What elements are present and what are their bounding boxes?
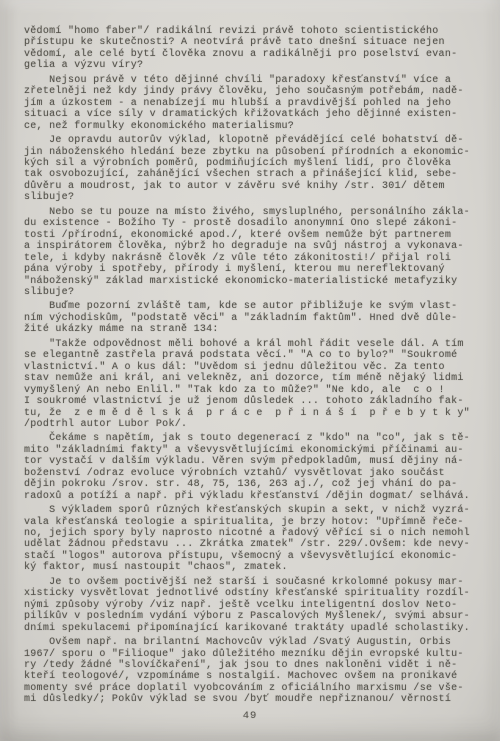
text-line: slibuje? xyxy=(24,192,480,203)
text-line: pilíkův v posledním vydání výboru z Pasc… xyxy=(24,611,480,622)
text-line: kých sil a výrobních poměrů, podmiňující… xyxy=(24,158,480,169)
paragraph: Nejsou právě v této dějinné chvíli "para… xyxy=(24,75,480,132)
text-line: 1967/ sporu o "Filioque" jako důležitého… xyxy=(24,649,480,660)
paragraph: Čekáme s napětím, jak s touto degenerací… xyxy=(24,433,480,502)
text-line: dními spekulacemi připomínající karikova… xyxy=(24,623,480,634)
text-line: ním východiskům, "podstatě věci" a "zákl… xyxy=(24,313,480,324)
text-line: slibuje? xyxy=(24,287,480,298)
text-line: ry /tedy žádné "slovíčkaření", jak jsou … xyxy=(24,660,480,671)
text-line: tu, že z e m ě d ě l s k á p r á c e p ř… xyxy=(24,408,480,419)
text-line: přístupu ke skutečnosti? A neotvírá práv… xyxy=(24,37,480,48)
text-line: mito "základními fakty" a vševysvětlujíc… xyxy=(24,445,480,456)
text-line: Je to ovšem poctivější než starší i souč… xyxy=(24,577,480,588)
text-line: kteří teologové/, vzpomínáme s nostalgií… xyxy=(24,671,480,682)
text-line: zřetelněji než kdy jindy právy člověku, … xyxy=(24,86,480,97)
text-line: tor vystačí v dalším výkladu. Věren svým… xyxy=(24,456,480,467)
text-line: nými způsoby výroby /viz např. ještě vce… xyxy=(24,600,480,611)
paragraph: S výkladem sporů různých křesťanských sk… xyxy=(24,505,480,574)
text-line: Nejsou právě v této dějinné chvíli "para… xyxy=(24,75,480,86)
page-number: 49 xyxy=(243,710,258,722)
text-line: Buďme pozorní zvláště tam, kde se autor … xyxy=(24,301,480,312)
text-line: pána výroby i spotřeby, přírody i myšlen… xyxy=(24,264,480,275)
text-line: vymyšlený An nebo Enlil." "Tak kdo za to… xyxy=(24,385,480,396)
paragraph: vědomí "homo faber"/ radikální revizi pr… xyxy=(24,26,480,72)
text-line: "Takže odpovědnost měli bohové a král mo… xyxy=(24,339,480,350)
text-line: radoxů a potíží a např. při výkladu křes… xyxy=(24,491,480,502)
text-line: vědomí, ale celé bytí člověka znovu a ra… xyxy=(24,49,480,60)
text-line: Nebo se tu pouze na místo živého, smyslu… xyxy=(24,207,480,218)
text-line: S výkladem sporů různých křesťanských sk… xyxy=(24,505,480,516)
paragraph: Buďme pozorní zvláště tam, kde se autor … xyxy=(24,301,480,335)
text-line: dějin pokroku /srov. str. 48, 75, 136, 2… xyxy=(24,479,480,490)
text-line: stačí "logos" autorova přístupu, všemocn… xyxy=(24,551,480,562)
paragraph: Je opravdu autorův výklad, klopotně přev… xyxy=(24,135,480,204)
text-line: momenty své práce doplatil vyobcováním z… xyxy=(24,683,480,694)
text-line: "náboženský" základ marxistické ekonomic… xyxy=(24,276,480,287)
text-line: tele, i kdyby nakrásně člověk /z vůle té… xyxy=(24,253,480,264)
text-line: se elegantně zastřela pravá podstata věc… xyxy=(24,350,480,361)
text-line: vědomí "homo faber"/ radikální revizi pr… xyxy=(24,26,480,37)
text-line: vlastnictví." A o kus dál: "Uvědom si je… xyxy=(24,362,480,373)
text-line: situaci a více síly v dramatických křižo… xyxy=(24,109,480,120)
text-line: udělat žádnou představu ... Zkrátka zmat… xyxy=(24,539,480,550)
text-line: a inspirátorem člověka, nýbrž ho degradu… xyxy=(24,241,480,252)
text-line: I soukromé vlastnictví je už jenom důsle… xyxy=(24,396,480,407)
text-line: jin náboženského hledání beze zbytku na … xyxy=(24,147,480,158)
text-line: Ovšem např. na brilantní Machovcův výkla… xyxy=(24,637,480,648)
paragraph: Ovšem např. na brilantní Machovcův výkla… xyxy=(24,637,480,706)
typewritten-text-block: vědomí "homo faber"/ radikální revizi pr… xyxy=(24,26,480,706)
text-line: Je opravdu autorův výklad, klopotně přev… xyxy=(24,135,480,146)
text-line: no, jejich spory byly naprosto nicotné a… xyxy=(24,528,480,539)
text-line: ce, než formulky ekonomického materialis… xyxy=(24,121,480,132)
text-line: ký faktor, musí nastoupit "chaos", zmate… xyxy=(24,562,480,573)
text-line: boženství /odraz evoluce výrobních vztah… xyxy=(24,468,480,479)
text-line: důvěru a moudrost, jak to autor v závěru… xyxy=(24,181,480,192)
scanned-page: vědomí "homo faber"/ radikální revizi pr… xyxy=(0,0,500,741)
paragraph: Je to ovšem poctivější než starší i souč… xyxy=(24,577,480,634)
text-line: tak osvobozující, zahánějící všechen str… xyxy=(24,169,480,180)
text-line: tosti /přírodní, ekonomické apod./, kter… xyxy=(24,230,480,241)
paragraph: Nebo se tu pouze na místo živého, smyslu… xyxy=(24,207,480,299)
text-line: gelia a výzvu víry? xyxy=(24,60,480,71)
text-line: stav nemůže ani král, ani velekněz, ani … xyxy=(24,373,480,384)
text-line: du existence - Božího Ty - prostě dosadi… xyxy=(24,218,480,229)
text-line: xisticky vysvětlovat jednotlivé odstíny … xyxy=(24,588,480,599)
paragraph: "Takže odpovědnost měli bohové a král mo… xyxy=(24,339,480,431)
text-line: /podtrhl autor Lubor Pok/. xyxy=(24,419,480,430)
page-footer: 49 xyxy=(0,705,500,723)
text-line: vala křesťanská teologie a spiritualita,… xyxy=(24,517,480,528)
text-line: Čekáme s napětím, jak s touto degenerací… xyxy=(24,433,480,444)
text-line: jím a úzkostem - a nenabízejí mu hlubší … xyxy=(24,98,480,109)
text-line: žité ukázky máme na straně 134: xyxy=(24,324,480,335)
